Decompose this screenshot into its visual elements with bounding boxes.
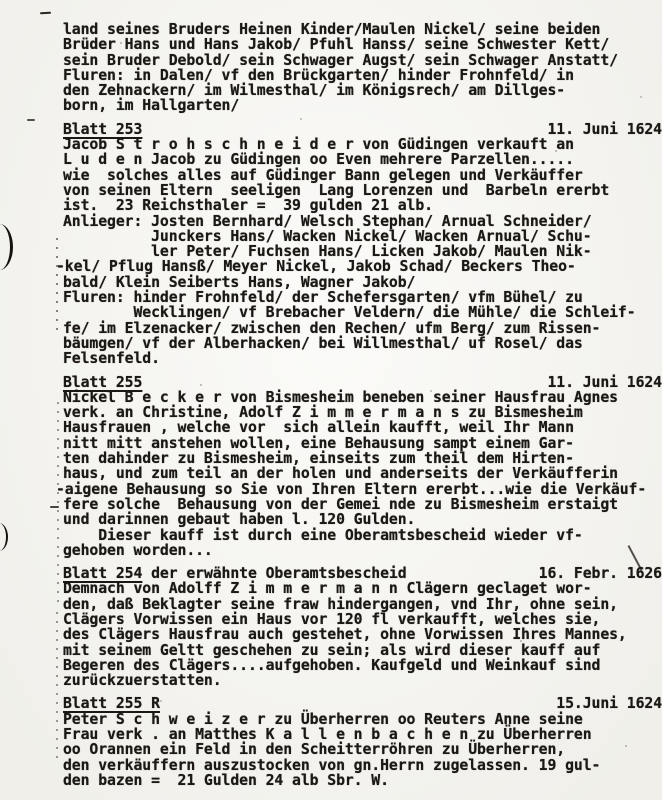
text-line: Hausfrauen , welche vor sich allein kauf… [63, 420, 662, 435]
text-line: Dieser kauff ist durch eine Oberamtsbesc… [63, 528, 662, 543]
text-line: bald/ Klein Seiberts Hans, Wagner Jakob/ [63, 275, 662, 290]
scan-artifact-margin-dots [56, 612, 58, 762]
text-line: Nickel B e c k e r von Bismesheim benebe… [63, 390, 662, 405]
text-line: mit seinem Geltt geschehen zu sein; als … [63, 643, 662, 658]
blatt-entry-section: Blatt 25311. Juni 1624Jacob S t r o h s … [63, 122, 662, 367]
text-line: den, daß Beklagter seine fraw hindergang… [63, 597, 662, 612]
text-line: des Clägers Hausfrau auch gestehet, ohne… [63, 627, 662, 642]
text-line: -aigene Behausung so Sie von Ihren Elter… [56, 482, 662, 497]
blatt-entry-section: Blatt 254 der erwähnte Oberamtsbescheid1… [63, 566, 662, 688]
text-line: und darinnen gebaut haben l. 120 Gulden. [63, 512, 662, 527]
text-line: gehoben worden... [63, 543, 662, 558]
scan-artifact-ink-arc [0, 523, 8, 551]
blatt-entry-section: Blatt 25511. Juni 1624Nickel B e c k e r… [63, 375, 662, 559]
section-heading-row: Blatt 25311. Juni 1624 [63, 122, 662, 137]
text-line: sein Bruder Debold/ sein Schwager Augst/… [63, 53, 662, 68]
section-heading-row: Blatt 25511. Juni 1624 [63, 375, 662, 390]
text-line: Clägers Vorwissen ein Haus vor 120 fl ve… [63, 612, 662, 627]
text-line: ist. 23 Reichsthaler = 39 gulden 21 alb. [63, 198, 662, 213]
entry-date: 16. Febr. 1626 [539, 566, 662, 581]
text-line: wie solches alles auf Güdinger Bann gele… [63, 168, 662, 183]
text-line: Anlieger: Josten Bernhard/ Welsch Stepha… [63, 214, 662, 229]
text-line: born, im Hallgarten/ [63, 98, 662, 113]
text-line: bäumgen/ vf der Alberhacken/ bei Willmes… [63, 336, 662, 351]
text-line: Fluren: in Dalen/ vf den Brückgarten/ hi… [63, 68, 662, 83]
text-line: fere solche Behausung von der Gemei nde … [63, 497, 662, 512]
text-line: land seines Bruders Heinen Kinder/Maulen… [63, 22, 662, 37]
section-heading-row: Blatt 255 R15.Juni 1624 [63, 696, 662, 711]
text-line: Jacob S t r o h s c h n e i d e r von Gü… [63, 137, 662, 152]
text-line: den bazen = 21 Gulden 24 alb Sbr. W. [63, 773, 662, 788]
text-line: verk. an Christine, Adolf Z i m m e r m … [63, 405, 662, 420]
blatt-entry-section: Blatt 255 R15.Juni 1624Peter S c h w e i… [63, 696, 662, 788]
scan-artifact-margin-dots [57, 402, 59, 602]
text-line: Fluren: hinder Frohnfeld/ der Schefersga… [63, 290, 662, 305]
text-line: oo Orannen ein Feld in den Scheitterröhr… [63, 742, 662, 757]
blatt-number-heading: Blatt 254 [63, 566, 142, 581]
section-heading-row: Blatt 254 der erwähnte Oberamtsbescheid1… [63, 566, 662, 581]
typewritten-text-column: land seines Bruders Heinen Kinder/Maulen… [63, 22, 662, 788]
text-line: von seinen Eltern seeligen Lang Lorenzen… [63, 183, 662, 198]
scan-artifact-ink-arc [0, 224, 13, 270]
text-line: -kel/ Pflug Hansß/ Meyer Nickel, Jakob S… [56, 259, 662, 274]
entry-date: 15.Juni 1624 [556, 696, 662, 711]
blatt-number-heading: Blatt 255 [63, 375, 142, 390]
heading-suffix-text: der erwähnte Oberamtsbescheid [142, 566, 406, 581]
scan-artifact-margin-dots [56, 238, 58, 334]
text-line: Peter S c h w e i z e r zu Überherren oo… [63, 712, 662, 727]
text-line: nitt mitt anstehen wollen, eine Behausun… [63, 436, 662, 451]
text-line: den verkäuffern auszustocken von gn.Herr… [63, 758, 662, 773]
text-line: Demnach von Adolff Z i m m e r m a n n C… [63, 581, 662, 596]
text-line: haus, und zum teil an der holen und ande… [63, 466, 662, 481]
scan-artifact-dash [27, 119, 35, 121]
scanned-document-page: land seines Bruders Heinen Kinder/Maulen… [0, 0, 662, 800]
continuation-section: land seines Bruders Heinen Kinder/Maulen… [63, 22, 662, 114]
entry-date: 11. Juni 1624 [547, 375, 662, 390]
scan-artifact-dash [50, 506, 59, 508]
blatt-number-heading: Blatt 253 [63, 122, 142, 137]
text-line: Begeren des Clägers....aufgehoben. Kaufg… [63, 658, 662, 673]
text-line: Junckers Hans/ Wacken Nickel/ Wacken Arn… [63, 229, 662, 244]
text-line: Felsenfeld. [63, 351, 662, 366]
scan-artifact-noise [0, 0, 2, 2]
text-line: fe/ im Elzenacker/ zwischen den Rechen/ … [63, 321, 662, 336]
text-line: Wecklingen/ vf Brebacher Veldern/ die Mü… [63, 305, 662, 320]
blatt-number-heading: Blatt 255 R [63, 696, 160, 711]
text-line: ler Peter/ Fuchsen Hans/ Licken Jakob/ M… [63, 244, 662, 259]
entry-date: 11. Juni 1624 [547, 122, 662, 137]
text-line: L u d e n Jacob zu Güdingen oo Even mehr… [63, 152, 662, 167]
text-line: ten dahinder zu Bismesheim, einseits zum… [63, 451, 662, 466]
scan-artifact-dash [40, 12, 51, 15]
text-line: zurückzuerstatten. [63, 673, 662, 688]
text-line: den Zehnackern/ im Wilmesthal/ im Königs… [63, 83, 662, 98]
text-line: Brüder Hans und Hans Jakob/ Pfuhl Hanss/… [63, 37, 662, 52]
